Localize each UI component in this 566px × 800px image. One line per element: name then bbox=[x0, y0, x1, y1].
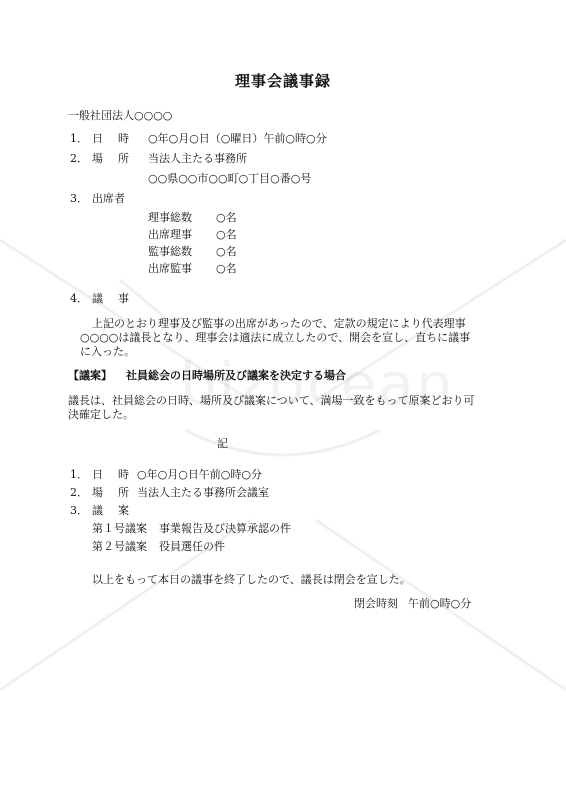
attendee-label: 出席監事 bbox=[148, 262, 192, 276]
attendee-label: 監事総数 bbox=[148, 245, 192, 259]
item-2-label: 場 所 bbox=[92, 152, 131, 166]
meeting-item-number: 1． bbox=[70, 468, 88, 482]
meeting-item-number: 3． bbox=[70, 504, 88, 518]
agenda-heading: 社員総会の日時場所及び議案を決定する場合 bbox=[126, 369, 346, 383]
item-4-label: 議 事 bbox=[92, 292, 131, 306]
motion-value: 役員選任の件 bbox=[159, 540, 225, 554]
document-title: 理事会議事録 bbox=[0, 72, 566, 90]
attendee-value: ○名 bbox=[216, 228, 237, 242]
organization-name: 一般社団法人○○○○ bbox=[68, 109, 172, 123]
closing-text: 以上をもって本日の議事を終了したので、議長は閉会を宣した。 bbox=[92, 573, 411, 587]
attendee-value: ○名 bbox=[216, 245, 237, 259]
agenda-text-line: 議長は、社員総会の日時、場所及び議案について、満場一致をもって原案どおり可 bbox=[68, 394, 475, 408]
ki-heading: 記 bbox=[217, 437, 228, 451]
attendee-label: 理事総数 bbox=[148, 211, 192, 225]
item-3-number: 3． bbox=[70, 192, 88, 206]
meeting-item-value: 当法人主たる事務所会議室 bbox=[137, 486, 269, 500]
attendee-value: ○名 bbox=[216, 211, 237, 225]
proceedings-line: に入った。 bbox=[80, 345, 135, 359]
item-2-number: 2． bbox=[70, 152, 88, 166]
agenda-text-line: 決確定した。 bbox=[68, 408, 134, 422]
meeting-item-label: 議 案 bbox=[92, 504, 131, 518]
meeting-item-value: ○年○月○日午前○時○分 bbox=[137, 468, 262, 482]
item-1-value: ○年○月○日（○曜日）午前○時○分 bbox=[148, 132, 327, 146]
closing-time-value: 午前○時○分 bbox=[408, 597, 471, 611]
closing-time-label: 閉会時刻 bbox=[354, 597, 398, 611]
item-3-label: 出席者 bbox=[92, 192, 125, 206]
motion-value: 事業報告及び決算承認の件 bbox=[159, 522, 291, 536]
motion-label: 第２号議案 bbox=[92, 540, 147, 554]
item-1-number: 1． bbox=[70, 132, 88, 146]
item-2-address: ○○県○○市○○町○丁目○番○号 bbox=[148, 172, 311, 186]
meeting-item-number: 2． bbox=[70, 486, 88, 500]
item-4-number: 4． bbox=[70, 292, 88, 306]
item-2-value: 当法人主たる事務所 bbox=[148, 152, 247, 166]
agenda-tag: 【議案】 bbox=[68, 369, 112, 383]
meeting-item-label: 日 時 bbox=[92, 468, 131, 482]
proceedings-line: 上記のとおり理事及び監事の出席があったので、定款の規定により代表理事 bbox=[92, 317, 466, 331]
attendee-value: ○名 bbox=[216, 262, 237, 276]
motion-label: 第１号議案 bbox=[92, 522, 147, 536]
item-1-label: 日 時 bbox=[92, 132, 131, 146]
meeting-item-label: 場 所 bbox=[92, 486, 131, 500]
attendee-label: 出席理事 bbox=[148, 228, 192, 242]
proceedings-line: ○○○○は議長となり、理事会は適法に成立したので、開会を宣し、直ちに議事 bbox=[80, 331, 470, 345]
